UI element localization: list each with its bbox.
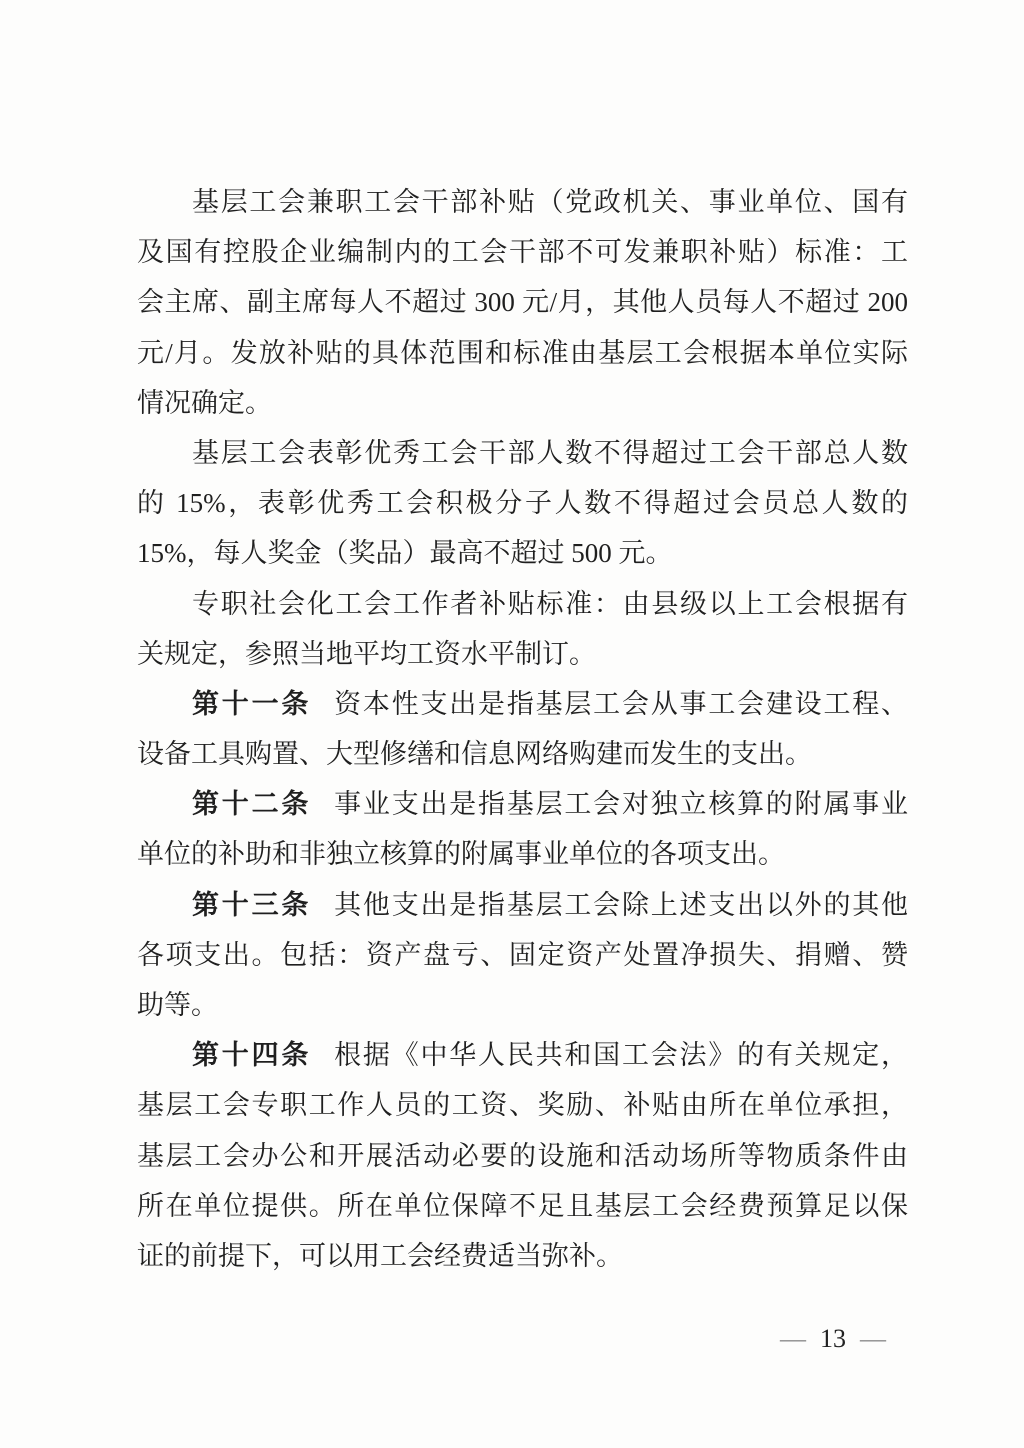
document-body: 基层工会兼职工会干部补贴（党政机关、事业单位、国有 及国有控股企业编制内的工会干… [137,177,908,1281]
text-line: 专职社会化工会工作者补贴标准：由县级以上工会根据有 [137,579,908,629]
line-text: 的 15%，表彰优秀工会积极分子人数不得超过会员总人数的 [137,488,908,518]
line-text: 基层工会专职工作人员的工资、奖励、补贴由所在单位承担， [137,1090,908,1120]
page-number: 13 [820,1324,846,1353]
text-line: 基层工会专职工作人员的工资、奖励、补贴由所在单位承担， [137,1080,908,1130]
text-line: 元/月。发放补贴的具体范围和标准由基层工会根据本单位实际 [137,328,908,378]
line-text: 15%，每人奖金（奖品）最高不超过 500 元。 [137,538,673,568]
line-text: 各项支出。包括：资产盘亏、固定资产处置净损失、捐赠、赞 [137,940,908,970]
line-text: 会主席、副主席每人不超过 300 元/月，其他人员每人不超过 200 [137,287,908,317]
text-line: 及国有控股企业编制内的工会干部不可发兼职补贴）标准：工 [137,227,908,277]
text-line: 基层工会兼职工会干部补贴（党政机关、事业单位、国有 [137,177,908,227]
line-text: 及国有控股企业编制内的工会干部不可发兼职补贴）标准：工 [137,237,908,267]
text-line: 会主席、副主席每人不超过 300 元/月，其他人员每人不超过 200 [137,277,908,327]
text-line: 第十四条根据《中华人民共和国工会法》的有关规定， [137,1030,908,1080]
document-page: 基层工会兼职工会干部补贴（党政机关、事业单位、国有 及国有控股企业编制内的工会干… [0,0,1024,1448]
line-text: 助等。 [137,990,218,1020]
footer-dash-right: — [860,1324,886,1353]
text-line: 第十三条其他支出是指基层工会除上述支出以外的其他 [137,880,908,930]
text-line: 基层工会办公和开展活动必要的设施和活动场所等物质条件由 [137,1131,908,1181]
article-number: 第十四条 [192,1040,311,1070]
text-line: 各项支出。包括：资产盘亏、固定资产处置净损失、捐赠、赞 [137,930,908,980]
text-line: 的 15%，表彰优秀工会积极分子人数不得超过会员总人数的 [137,478,908,528]
article-number: 第十三条 [192,890,311,920]
line-text: 设备工具购置、大型修缮和信息网络购建而发生的支出。 [137,739,812,769]
article-number: 第十一条 [192,689,311,719]
line-text: 专职社会化工会工作者补贴标准：由县级以上工会根据有 [192,589,908,619]
text-line: 基层工会表彰优秀工会干部人数不得超过工会干部总人数 [137,428,908,478]
page-footer: —13— [780,1322,886,1356]
line-text: 关规定，参照当地平均工资水平制订。 [137,639,596,669]
text-line: 第十二条事业支出是指基层工会对独立核算的附属事业 [137,779,908,829]
text-line: 关规定，参照当地平均工资水平制订。 [137,629,908,679]
line-text: 证的前提下，可以用工会经费适当弥补。 [137,1241,623,1271]
line-text: 其他支出是指基层工会除上述支出以外的其他 [334,890,908,920]
text-line: 证的前提下，可以用工会经费适当弥补。 [137,1231,908,1281]
line-text: 所在单位提供。所在单位保障不足且基层工会经费预算足以保 [137,1191,908,1221]
line-text: 情况确定。 [137,388,272,418]
line-text: 根据《中华人民共和国工会法》的有关规定， [334,1040,908,1070]
line-text: 单位的补助和非独立核算的附属事业单位的各项支出。 [137,839,785,869]
text-line: 情况确定。 [137,378,908,428]
text-line: 设备工具购置、大型修缮和信息网络购建而发生的支出。 [137,729,908,779]
line-text: 基层工会表彰优秀工会干部人数不得超过工会干部总人数 [192,438,908,468]
line-text: 元/月。发放补贴的具体范围和标准由基层工会根据本单位实际 [137,338,908,368]
line-text: 事业支出是指基层工会对独立核算的附属事业 [334,789,908,819]
line-text: 基层工会办公和开展活动必要的设施和活动场所等物质条件由 [137,1141,908,1171]
line-text: 资本性支出是指基层工会从事工会建设工程、 [334,689,908,719]
text-line: 单位的补助和非独立核算的附属事业单位的各项支出。 [137,829,908,879]
footer-dash-left: — [780,1324,806,1353]
text-line: 15%，每人奖金（奖品）最高不超过 500 元。 [137,528,908,578]
text-line: 所在单位提供。所在单位保障不足且基层工会经费预算足以保 [137,1181,908,1231]
line-text: 基层工会兼职工会干部补贴（党政机关、事业单位、国有 [192,187,908,217]
article-number: 第十二条 [192,789,311,819]
text-line: 第十一条资本性支出是指基层工会从事工会建设工程、 [137,679,908,729]
text-line: 助等。 [137,980,908,1030]
